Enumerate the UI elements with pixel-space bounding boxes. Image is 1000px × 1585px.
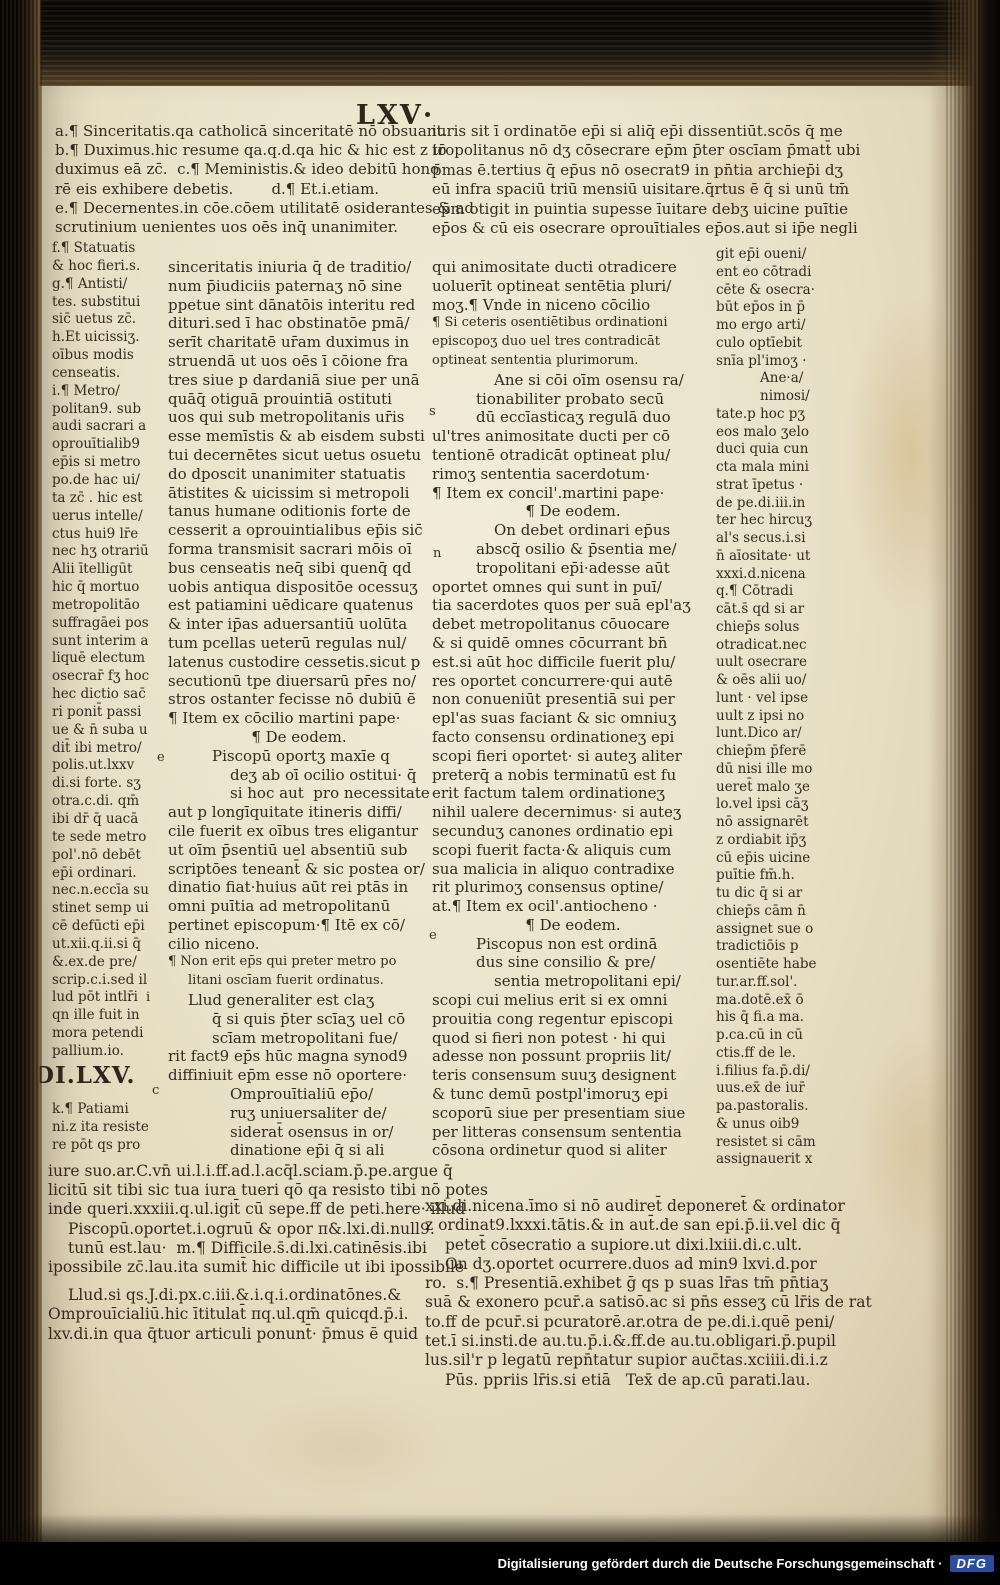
text-line: licitū sit tibi sic tua iura tueri qō qa… bbox=[48, 1181, 468, 1200]
text-line: scrip.c.i.sed il bbox=[52, 972, 172, 990]
text-line: de pe.di.iii.in bbox=[716, 495, 850, 513]
text-line: deʒ ab oī ocilio ostitui· q̄ bbox=[168, 766, 430, 785]
text-line: scriptōes teneant̄ & sic postea or/ bbox=[168, 860, 430, 879]
text-line: tunū est.lau· m.¶ Difficile.s̄.di.lxi.ca… bbox=[48, 1239, 468, 1258]
text-line: ipossibile zc̄.lau.ita sumit̄ hic diffic… bbox=[48, 1258, 468, 1277]
text-line: ent eo cōtradi bbox=[716, 264, 850, 282]
text-line: xxxi.d.nicena bbox=[716, 566, 850, 584]
text-line: tui decernētes sicut uetus osuetu bbox=[168, 446, 430, 465]
text-line: lo.vel ipsi cāʒ bbox=[716, 796, 850, 814]
text-line: liquē electum bbox=[52, 650, 172, 668]
text-line: at.¶ Item ex ocil'.antiocheno · bbox=[432, 897, 714, 916]
text-line: ep̄os & cū eis osecrare oprouītiales ep̄… bbox=[432, 219, 852, 238]
text-line: On dʒ.oportet ocurrere.duos ad min9 lxvi… bbox=[425, 1255, 993, 1274]
text-line: iure suo.ar.C.vn̄ ui.l.i.ff.ad.l.acq̄l.s… bbox=[48, 1162, 468, 1181]
text-line: suā & exonero pcur̄.a satisō.ac si pn̄s … bbox=[425, 1293, 993, 1312]
text-line: tradictiōis p bbox=[716, 938, 850, 956]
text-line: k.¶ Patiami bbox=[52, 1100, 172, 1118]
text-line: f.¶ Statuatis bbox=[52, 240, 172, 258]
text-line: tur.ar.ff.sol'. bbox=[716, 974, 850, 992]
text-line: scopi fuerit facta·& aliquis cum bbox=[432, 841, 714, 860]
text-line: tum pcellas ueterū regulas nul/ bbox=[168, 634, 430, 653]
text-line: assignet sue o bbox=[716, 921, 850, 939]
text-line: cile fuerit ex oībus tres eligantur bbox=[168, 822, 430, 841]
text-line: assignauerit x bbox=[716, 1151, 850, 1169]
text-line: lus.sil'r p legatū repn̄tatur supior auc… bbox=[425, 1351, 993, 1370]
text-line: Omprouīcialiū.hic ītitulat̄ πq.ul.qm̄ qu… bbox=[48, 1305, 468, 1324]
text-line: abscq̄ osilio & p̄sentia me/ bbox=[432, 540, 714, 559]
guide-letter: e bbox=[429, 928, 437, 943]
text-line: lxv.di.in qua q̄tuor articuli ponunt̄· p… bbox=[48, 1325, 468, 1344]
text-line: e.¶ Decernentes.in cōe.cōem utilitatē os… bbox=[55, 199, 469, 218]
text-line: quāq̄ otiguā prouintiā ostituti bbox=[168, 390, 430, 409]
text-line: ¶ Si ceteris osentiētibus ordinationi bbox=[432, 314, 714, 333]
digitization-footer: Digitalisierung gefördert durch die Deut… bbox=[0, 1542, 1000, 1585]
text-line: lud pōt intlr̄i bbox=[52, 989, 172, 1007]
text-line: siderat̄ osensus in or/ bbox=[168, 1123, 430, 1142]
page-bottom-shadow bbox=[0, 1514, 1000, 1542]
text-line: preterq̄ a nobis terminatū est fu bbox=[432, 766, 714, 785]
text-line: moʒ.¶ Vnde in niceno cōcilio bbox=[432, 296, 714, 315]
text-line: cesserit a oprouintialibus ep̄is sic̄ bbox=[168, 521, 430, 540]
text-line: dinatio fiat·huius aūt rei ptās in bbox=[168, 878, 430, 897]
guide-letter: e bbox=[157, 750, 165, 765]
text-line: sinceritatis iniuria q̄ de traditio/ bbox=[168, 258, 430, 277]
text-line: Llud.si qs.J.di.px.c.iii.&.i.q.i.ordinat… bbox=[48, 1286, 468, 1305]
gloss-top-left: a.¶ Sinceritatis.qa catholicā sinceritat… bbox=[55, 122, 469, 237]
text-line: q.¶ Cōtradi bbox=[716, 583, 850, 601]
text-line: debet metropolitanus cōuocare bbox=[432, 615, 714, 634]
text-line: lunt · vel ipse bbox=[716, 690, 850, 708]
text-line: resistet si cām bbox=[716, 1134, 850, 1152]
text-line: & unus oib9 bbox=[716, 1116, 850, 1134]
text-line: struendā ut uos oēs ī cōione fra bbox=[168, 352, 430, 371]
book-spine-edge bbox=[0, 0, 42, 1585]
text-line: nec.n.eccīa su bbox=[52, 882, 172, 900]
text-line: b.¶ Duximus.hic resume qa.q.d.qa hic & h… bbox=[55, 141, 469, 160]
text-line: Piscopus non est ordinā bbox=[432, 935, 714, 954]
text-line: polis.ut.lxxv bbox=[52, 757, 172, 775]
text-line: optineat sententia plurimorum. bbox=[432, 352, 714, 371]
text-line: Piscopū.oportet.i.ogruū & opor π&.lxi.di… bbox=[48, 1220, 468, 1239]
text-line: Alii ītelligūt bbox=[52, 561, 172, 579]
text-line: sua malicia in aliquo contradixe bbox=[432, 860, 714, 879]
text-line: &.ex.de pre/ bbox=[52, 954, 172, 972]
text-line: quod si fieri non potest · hi qui bbox=[432, 1029, 714, 1048]
text-line: & inter ip̄as aduersantiū uolūta bbox=[168, 615, 430, 634]
text-line: dit̄ ibi metro/ bbox=[52, 740, 172, 758]
text-line: suffragāei pos bbox=[52, 615, 172, 633]
text-line: ue & n̄ suba u bbox=[52, 722, 172, 740]
text-line: otra.c.di. qm̄ bbox=[52, 793, 172, 811]
text-line: ri ponit̄ passi bbox=[52, 704, 172, 722]
text-line: rimoʒ sententia sacerdotum· bbox=[432, 465, 714, 484]
text-line: duximus eā zc̄. c.¶ Meministis.& ideo de… bbox=[55, 160, 469, 179]
text-line: ta zc̄ . hic est bbox=[52, 490, 172, 508]
guide-letter: s bbox=[429, 404, 436, 419]
main-column-right: qui animositate ducti otradicereuoluerīt… bbox=[432, 258, 714, 1160]
text-line: res oportet concurrere·qui autē bbox=[432, 672, 714, 691]
text-line: tu dic q̄ si ar bbox=[716, 885, 850, 903]
text-line: num p̄iudiciis paternaʒ nō sine bbox=[168, 277, 430, 296]
text-line: eos malo ʒelo bbox=[716, 424, 850, 442]
text-line: oportet omnes qui sunt in puī/ bbox=[432, 578, 714, 597]
text-line: his q̄ fi.a ma. bbox=[716, 1009, 850, 1027]
text-line: cē defūcti ep̄i bbox=[52, 918, 172, 936]
text-line: bus censeatis neq̄ sibi quenq̄ qd bbox=[168, 559, 430, 578]
text-line: te sede metro bbox=[52, 829, 172, 847]
text-line: ctus hui9 lr̄e bbox=[52, 526, 172, 544]
book-scan: LXV· a.¶ Sinceritatis.qa catholicā since… bbox=[0, 0, 1000, 1585]
text-line: cēte & osecra· bbox=[716, 282, 850, 300]
text-line: cōsona ordinetur quod si aliter bbox=[432, 1141, 714, 1160]
text-line: nō assignarēt bbox=[716, 814, 850, 832]
text-line: uerus intelle/ bbox=[52, 508, 172, 526]
text-line: serīt charitatē ur̄am duximus in bbox=[168, 333, 430, 352]
text-line: cū ep̄is uicine bbox=[716, 850, 850, 868]
text-line: rē eis exhibere debetis. d.¶ Et.i.etiam. bbox=[55, 180, 469, 199]
text-line: uult osecrare bbox=[716, 654, 850, 672]
text-line: z ordiabit ip̄ʒ bbox=[716, 832, 850, 850]
text-line: lunt.Dico ar/ bbox=[716, 725, 850, 743]
text-line: cilio niceno. bbox=[168, 935, 430, 954]
text-line: pol'.nō debēt bbox=[52, 847, 172, 865]
text-line: ut.xii.q.ii.si q̄ bbox=[52, 936, 172, 954]
text-line: ep̄is si metro bbox=[52, 454, 172, 472]
dfg-logo: DFG bbox=[950, 1555, 994, 1572]
text-line: tet.ī si.insti.de au.tu.p̄.i.&.ff.de au.… bbox=[425, 1332, 993, 1351]
text-line: ¶ Non erit ep̄s qui preter metro po bbox=[168, 953, 430, 972]
text-line: adesse non possunt propriis lit/ bbox=[432, 1047, 714, 1066]
text-line: Piscopū oportʒ maxīe q bbox=[168, 747, 430, 766]
text-line: uoluerīt optineat sentētia pluri/ bbox=[432, 277, 714, 296]
text-line: epl'as suas faciant & sic omniuʒ bbox=[432, 709, 714, 728]
text-line: chiep̄s solus bbox=[716, 619, 850, 637]
text-line: dinatione ep̄i q̄ si ali bbox=[168, 1141, 430, 1160]
text-line: censeatis. bbox=[52, 365, 172, 383]
text-line: pallium.io. bbox=[52, 1043, 172, 1061]
text-line: ueret̄ malo ʒe bbox=[716, 779, 850, 797]
text-line: rit plurimoʒ consensus optine/ bbox=[432, 878, 714, 897]
text-line: to.ff de pcur̄.si pcuratorē.ar.otra de p… bbox=[425, 1313, 993, 1332]
text-line: tate.p hoc pʒ bbox=[716, 406, 850, 424]
text-line: ¶ Item ex cōcilio martini pape· bbox=[168, 709, 430, 728]
text-line: Omprouītialiū ep̄o/ bbox=[168, 1085, 430, 1104]
text-line: chiep̄s cām n̄ bbox=[716, 903, 850, 921]
text-line: ut oīm p̄sentiū uel absentiū sub bbox=[168, 841, 430, 860]
text-line: secunduʒ canones ordinatio epi bbox=[432, 822, 714, 841]
text-line: On debet ordinari ep̄us bbox=[432, 521, 714, 540]
text-line: nimosi/ bbox=[716, 388, 850, 406]
digitization-credit-text: Digitalisierung gefördert durch die Deut… bbox=[498, 1556, 943, 1571]
text-line: inde queri.xxxiii.q.ul.igit̄ cū sepe.ff … bbox=[48, 1200, 468, 1219]
text-line: Pūs. ppriis lr̄is.si etiā Tex̄ de ap.cū … bbox=[425, 1371, 993, 1390]
text-line: scopi fieri oportet· si auteʒ aliter bbox=[432, 747, 714, 766]
text-line: ibi dr̄ q̄ uacā bbox=[52, 811, 172, 829]
text-line: i.filius fa.p̄.di/ bbox=[716, 1063, 850, 1081]
text-line: non conueniūt presentiā sui per bbox=[432, 690, 714, 709]
text-line: culo optīebit bbox=[716, 335, 850, 353]
text-line: sentia metropolitani epi/ bbox=[432, 972, 714, 991]
text-line: tentionē otradicāt optineat plu/ bbox=[432, 446, 714, 465]
text-line: nihil ualere decernimus· si auteʒ bbox=[432, 803, 714, 822]
text-line: tia sacerdotes quos per suā epl'aʒ bbox=[432, 596, 714, 615]
text-line: sic̄ uetus zc̄. bbox=[52, 311, 172, 329]
text-line: Llud generaliter est claʒ bbox=[168, 991, 430, 1010]
text-line: ter hec hircuʒ bbox=[716, 512, 850, 530]
text-line: pertinet episcopum·¶ Itē ex cō/ bbox=[168, 916, 430, 935]
text-line: petet̄ cōsecratio a supiore.ut dixi.lxii… bbox=[425, 1236, 993, 1255]
text-line: p̄mas ē.tertius q̄ ep̄us nō osecrat9 in … bbox=[432, 161, 852, 180]
text-line: po.de hac ui/ bbox=[52, 472, 172, 490]
text-line: scopi cui melius erit si ex omni bbox=[432, 991, 714, 1010]
text-line: rit fact9 ep̄s hūc magna synod9 bbox=[168, 1047, 430, 1066]
text-line: erit factum talem ordinationeʒ bbox=[432, 784, 714, 803]
left-margin-notes: f.¶ Statuatis& hoc fieri.s.g.¶ Antisti/t… bbox=[52, 240, 172, 1061]
text-line: pa.pastoralis. bbox=[716, 1098, 850, 1116]
text-line: episcopoʒ duo uel tres contradicāt bbox=[432, 333, 714, 352]
text-line: q̄ si quis p̄ter scīaʒ uel cō bbox=[168, 1010, 430, 1029]
text-line: re pōt qs pro bbox=[52, 1136, 172, 1154]
text-line: mora petendi bbox=[52, 1025, 172, 1043]
text-line: latenus custodire cessetis.sicut p bbox=[168, 653, 430, 672]
text-line: tanus humane oditionis forte de bbox=[168, 502, 430, 521]
text-line: Ane si cōi oīm osensu ra/ bbox=[432, 371, 714, 390]
text-line: a.¶ Sinceritatis.qa catholicā sinceritat… bbox=[55, 122, 469, 141]
text-line: xxi.di.nicena.īmo si nō audiret̄ deponer… bbox=[425, 1197, 993, 1216]
text-line: tropolitanus nō dʒ cōsecrare ep̄m p̄ter … bbox=[432, 141, 852, 160]
text-line: uobis antiqua dispositōe ocessuʒ bbox=[168, 578, 430, 597]
text-line: tes. substitui bbox=[52, 294, 172, 312]
text-line: snīa pl'imoʒ · bbox=[716, 353, 850, 371]
text-line: ¶ De eodem. bbox=[432, 916, 714, 935]
text-line: puītie fm̄.h. bbox=[716, 867, 850, 885]
text-line: & oēs alii uo/ bbox=[716, 672, 850, 690]
text-line: ep̄m otigit in puintia supesse īuitare d… bbox=[432, 200, 852, 219]
text-line: otradicat.nec bbox=[716, 637, 850, 655]
text-line: Ane·a/ bbox=[716, 370, 850, 388]
text-line: teris consensum suuʒ designent bbox=[432, 1066, 714, 1085]
text-line: uult z ipsi no bbox=[716, 708, 850, 726]
text-line: mo ergo arti/ bbox=[716, 317, 850, 335]
text-line: ¶ Item ex concil'.martini pape· bbox=[432, 484, 714, 503]
text-line: audi sacrari a bbox=[52, 418, 172, 436]
text-line: g.¶ Antisti/ bbox=[52, 276, 172, 294]
text-line: ma.dotē.ex̄ ō bbox=[716, 992, 850, 1010]
text-line: ctis.ff de le. bbox=[716, 1045, 850, 1063]
text-line: dū eccīasticaʒ regulā duo bbox=[432, 408, 714, 427]
guide-letter: n bbox=[433, 546, 441, 561]
text-line: tionabiliter probato secū bbox=[432, 390, 714, 409]
text-line: al's secus.i.si bbox=[716, 530, 850, 548]
text-line: scīam metropolitani fue/ bbox=[168, 1029, 430, 1048]
text-line: ¶ De eodem. bbox=[432, 502, 714, 521]
text-line: osentiēte habe bbox=[716, 956, 850, 974]
text-line: ruʒ uniuersaliter de/ bbox=[168, 1104, 430, 1123]
text-line: aut p longīquitate itineris diffi/ bbox=[168, 803, 430, 822]
text-line: politan9. sub bbox=[52, 401, 172, 419]
gloss-top-right: iuris sit ī ordinatōe ep̄i si aliq̄ ep̄i… bbox=[432, 122, 852, 238]
text-line: per litteras consensum sententia bbox=[432, 1123, 714, 1142]
text-line: nec hʒ otrariū bbox=[52, 543, 172, 561]
text-line: di.si forte. sʒ bbox=[52, 775, 172, 793]
text-line: do dposcit unanimiter statuatis bbox=[168, 465, 430, 484]
text-line: dū nisi ille mo bbox=[716, 761, 850, 779]
text-line: & tunc demū postpl'imoruʒ epi bbox=[432, 1085, 714, 1104]
text-line: strat īpetus · bbox=[716, 477, 850, 495]
text-line: stros ostanter fecisse nō dubiū ē bbox=[168, 690, 430, 709]
text-line: ro. s.¶ Presentiā.exhibet ḡ qs p suas lr… bbox=[425, 1274, 993, 1293]
text-line: oībus modis bbox=[52, 347, 172, 365]
text-line: scrutinium uenientes uos oēs inq̄ unanim… bbox=[55, 218, 469, 237]
guide-letter: i bbox=[146, 990, 150, 1005]
text-line: oprouītialib9 bbox=[52, 436, 172, 454]
page-fore-edge bbox=[928, 0, 1000, 1585]
text-line: qui animositate ducti otradicere bbox=[432, 258, 714, 277]
text-line: h.Et uicissiʒ. bbox=[52, 329, 172, 347]
text-line: dituri.sed ī hac obstinatōe pmā/ bbox=[168, 314, 430, 333]
text-line: ep̄i ordinari. bbox=[52, 865, 172, 883]
margin-running-title: DI.LXV. bbox=[34, 1062, 136, 1089]
text-line: dus sine consilio & pre/ bbox=[432, 953, 714, 972]
text-line: hic q̄ mortuo bbox=[52, 579, 172, 597]
text-line: litani oscīam fuerit ordinatus. bbox=[168, 972, 430, 991]
text-line: est patiamini uēdicare quatenus bbox=[168, 596, 430, 615]
text-line: prouitia cong regentur episcopi bbox=[432, 1010, 714, 1029]
text-line: cāt.s̄ qd si ar bbox=[716, 601, 850, 619]
left-margin-notes-k: k.¶ Patiamini.z ita resistere pōt qs pro bbox=[52, 1100, 172, 1154]
bottom-block-left: iure suo.ar.C.vn̄ ui.l.i.ff.ad.l.acq̄l.s… bbox=[48, 1162, 468, 1344]
text-line: tropolitani ep̄i·adesse aūt bbox=[432, 559, 714, 578]
text-line: forma transmisit sacrari mōis oī bbox=[168, 540, 430, 559]
text-line: osecrar̄ fʒ hoc bbox=[52, 668, 172, 686]
text-line: si hoc aut pro necessitate bbox=[168, 784, 430, 803]
text-line: & si quidē omnes cōcurrant bn̄ bbox=[432, 634, 714, 653]
text-line: ppetue sint dānatōis interitu red bbox=[168, 296, 430, 315]
text-line: secutionū tpe diuersarū pr̄es no/ bbox=[168, 672, 430, 691]
text-line: scoporū siue per presentiam siue bbox=[432, 1104, 714, 1123]
text-line: hec dictio sac̄ bbox=[52, 686, 172, 704]
text-line: ātistites & uicissim si metropoli bbox=[168, 484, 430, 503]
text-line: ¶ De eodem. bbox=[168, 728, 430, 747]
text-line: est.si aūt hoc difficile fuerit plu/ bbox=[432, 653, 714, 672]
text-line: ni.z ita resiste bbox=[52, 1118, 172, 1136]
text-line: facto consensu ordinationeʒ epi bbox=[432, 728, 714, 747]
text-line: sunt interim a bbox=[52, 633, 172, 651]
text-line: chiep̄m p̄ferē bbox=[716, 743, 850, 761]
text-line: qn ille fuit in bbox=[52, 1007, 172, 1025]
text-line: & hoc fieri.s. bbox=[52, 258, 172, 276]
text-line: tres siue p dardaniā siue per unā bbox=[168, 371, 430, 390]
text-line: diffiniuit ep̄m esse nō oportere· bbox=[168, 1066, 430, 1085]
text-line: būt ep̄os in p̄ bbox=[716, 299, 850, 317]
text-line: metropolitāo bbox=[52, 597, 172, 615]
bottom-block-right: xxi.di.nicena.īmo si nō audiret̄ deponer… bbox=[425, 1197, 993, 1390]
text-line: esse memīstis & ab eisdem substi bbox=[168, 427, 430, 446]
main-column-left: sinceritatis iniuria q̄ de traditio/num … bbox=[168, 258, 430, 1160]
book-top-edge bbox=[0, 0, 1000, 86]
right-margin-notes: git ep̄i oueni/ent eo cōtradicēte & osec… bbox=[716, 246, 850, 1169]
text-line: duci quia cun bbox=[716, 441, 850, 459]
text-line: z ordinat9.lxxxi.tātis.& in aut̄.de san … bbox=[425, 1216, 993, 1235]
text-line: uos qui sub metropolitanis ur̄is bbox=[168, 408, 430, 427]
text-line: omni puītia ad metropolitanū bbox=[168, 897, 430, 916]
text-line: git ep̄i oueni/ bbox=[716, 246, 850, 264]
text-line: cta mala mini bbox=[716, 459, 850, 477]
text-line: stinet semp ui bbox=[52, 900, 172, 918]
text-line: p.ca.cū in cū bbox=[716, 1027, 850, 1045]
text-line: n̄ aīositate· ut bbox=[716, 548, 850, 566]
text-line: i.¶ Metro/ bbox=[52, 383, 172, 401]
text-line: iuris sit ī ordinatōe ep̄i si aliq̄ ep̄i… bbox=[432, 122, 852, 141]
text-line: eū infra spaciū triū mensiū uisitare.q̄r… bbox=[432, 180, 852, 199]
text-line: uus.ex̄ de iur̄ bbox=[716, 1080, 850, 1098]
guide-letter: c bbox=[152, 1083, 159, 1098]
text-line: ul'tres animositate ducti per cō bbox=[432, 427, 714, 446]
